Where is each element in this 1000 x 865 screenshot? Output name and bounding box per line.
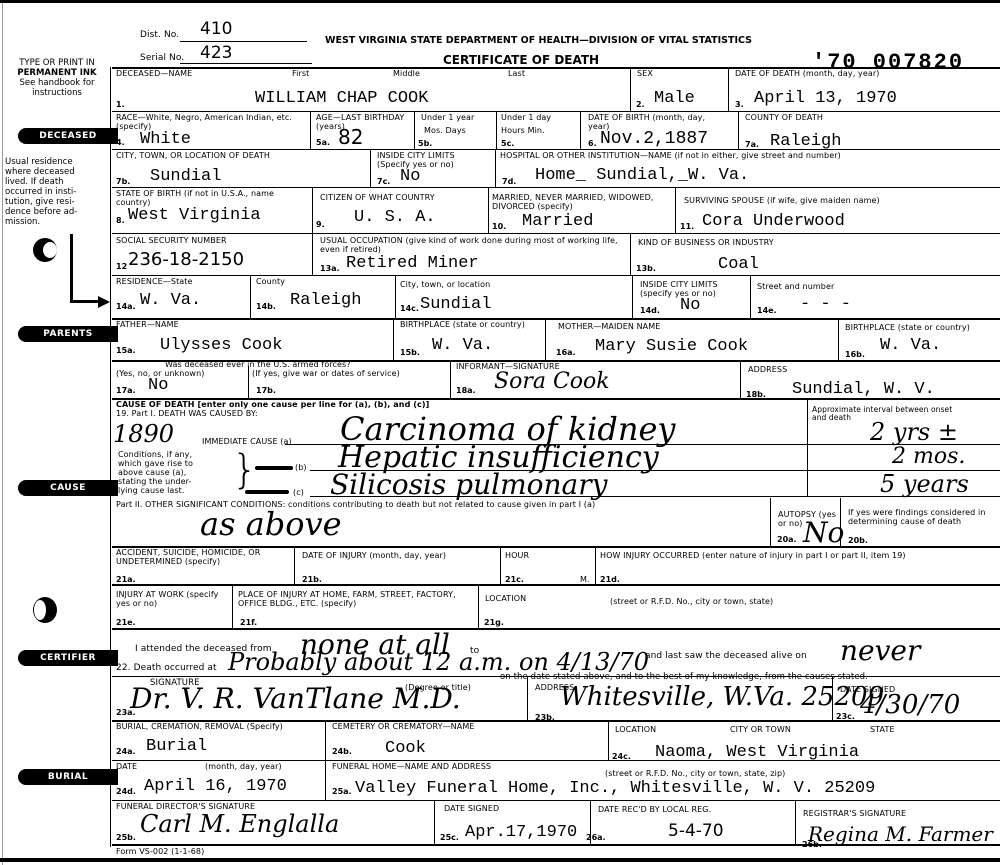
item-5a: 5a. (316, 138, 330, 147)
divider (232, 584, 233, 628)
label-injury-at-work: INJURY AT WORK (specify yes or no) (116, 590, 226, 608)
divider (807, 398, 808, 496)
item-14c: 14c. (400, 304, 419, 313)
item-14d: 14d. (640, 306, 660, 315)
label-sex: SEX (637, 69, 653, 78)
residence-arrow-line (70, 234, 73, 302)
informant-address: Sundial, W. V. (792, 381, 935, 399)
label-first: First (292, 69, 309, 78)
burial-method: Burial (146, 738, 207, 756)
item-8: 8. (116, 216, 125, 225)
inside-city-limits: No (400, 168, 420, 186)
item-7c: 7c. (377, 177, 390, 186)
divider (750, 275, 751, 318)
certifier-date-signed: 4/30/70 (860, 690, 960, 720)
item-21d: 21d. (600, 575, 620, 584)
item-21g: 21g. (484, 618, 504, 627)
ssn-value: 236-18-2150 (128, 251, 244, 269)
label-hospital: HOSPITAL OR OTHER INSTITUTION—NAME (if n… (500, 151, 841, 160)
form-bottom-border (112, 844, 1000, 846)
row-divider (112, 584, 1000, 586)
label-mother-birthplace: BIRTHPLACE (state or country) (845, 323, 995, 332)
section-tab-cause: CAUSE (18, 480, 118, 496)
item-11: 11. (680, 222, 694, 231)
item-18a: 18a. (456, 386, 476, 395)
label-city-or-town: CITY OR TOWN (730, 725, 791, 734)
divider (478, 584, 479, 628)
label-under-1-day: Under 1 day (501, 113, 551, 122)
label-date-signed-director: DATE SIGNED (444, 804, 499, 813)
label-death-occurred: 22. Death occurred at (116, 664, 217, 673)
item-17b: 17b. (256, 386, 276, 395)
divider (527, 676, 528, 720)
divider (488, 187, 489, 233)
deceased-name: WILLIAM CHAP COOK (255, 90, 428, 108)
date-of-death: April 13, 1970 (754, 90, 897, 108)
label-cause-b: (b) (295, 463, 307, 472)
label-age: AGE—LAST BIRTHDAY (years) (316, 113, 411, 131)
label-surviving-spouse: SURVIVING SPOUSE (if wife, give maiden n… (684, 196, 880, 205)
last-seen-value: never (840, 634, 920, 667)
redaction-mark (255, 466, 293, 470)
row-divider (112, 149, 1000, 150)
arrow-right-icon (98, 296, 110, 308)
cause-a-interval: 2 yrs ± (870, 418, 958, 446)
item-12: 12 (116, 262, 127, 271)
divider (580, 111, 581, 149)
divider (495, 149, 496, 187)
item-4: 4. (116, 138, 125, 147)
item-25a: 25a. (332, 787, 352, 796)
residence-note: Usual residence where deceased lived. If… (5, 157, 110, 227)
item-25c: 25c. (440, 833, 459, 842)
label-injury-location: LOCATION (485, 594, 526, 603)
label-county-of-death: COUNTY OF DEATH (745, 113, 823, 122)
row-divider (112, 800, 1000, 801)
item-15b: 15b. (400, 348, 420, 357)
funeral-home: Valley Funeral Home, Inc., Whitesville, … (355, 780, 875, 798)
dist-no-line (180, 41, 307, 42)
city-of-death: Sundial (150, 168, 221, 186)
item-14b: 14b. (256, 302, 276, 311)
sex-value: Male (654, 90, 695, 108)
label-race: RACE—White, Negro, American Indian, etc.… (116, 113, 306, 131)
certifier-address: Whitesville, W.Va. 25209 (560, 682, 884, 712)
punch-hole-icon (33, 238, 57, 262)
military-service: No (148, 377, 168, 395)
divider (496, 111, 497, 149)
top-border (0, 0, 1000, 3)
citizen-value: U. S. A. (354, 209, 436, 227)
label-last-seen: and last saw the deceased alive on (645, 652, 807, 661)
item-7a: 7a. (745, 140, 759, 149)
item-21f: 21f. (240, 618, 257, 627)
item-15a: 15a. (116, 346, 136, 355)
divider (248, 366, 249, 398)
director-signature: Carl M. Englalla (140, 810, 339, 838)
divider (325, 720, 326, 760)
label-state: STATE (870, 725, 895, 734)
divider (312, 187, 313, 233)
label-father-name: FATHER—NAME (116, 320, 179, 329)
mother-name: Mary Susie Cook (595, 338, 748, 356)
label-mos-days: Mos. Days (424, 126, 466, 135)
certifier-signature: Dr. V. R. VanTlane M.D. (130, 682, 461, 715)
label-burial-date-sub: (month, day, year) (205, 762, 282, 771)
divider (728, 67, 729, 111)
label-funeral-home: FUNERAL HOME—NAME AND ADDRESS (332, 762, 491, 771)
hour-suffix: M. (580, 575, 589, 584)
divider (832, 676, 833, 720)
certificate-title: CERTIFICATE OF DEATH (443, 53, 599, 67)
row-divider (112, 111, 1000, 112)
item-2: 2. (636, 100, 645, 109)
label-cemetery: CEMETERY OR CREMATORY—NAME (332, 722, 475, 731)
bottom-border (0, 858, 1000, 862)
item-21b: 21b. (302, 575, 322, 584)
label-mother-name: MOTHER—MAIDEN NAME (558, 322, 660, 331)
cause-code: 1890 (113, 420, 174, 448)
punch-hole-icon (33, 597, 57, 623)
label-burial-method: BURIAL, CREMATION, REMOVAL (Specify) (116, 722, 286, 731)
label-how-injury: HOW INJURY OCCURRED (enter nature of inj… (600, 551, 990, 560)
registrar-signature: Regina M. Farmer (808, 822, 993, 846)
divider (840, 498, 841, 546)
father-name: Ulysses Cook (160, 337, 282, 355)
divider (294, 546, 295, 584)
label-immediate-cause: IMMEDIATE CAUSE (a) (202, 437, 292, 446)
item-9: 9. (316, 220, 325, 229)
label-deceased-name: DECEASED—NAME (116, 69, 192, 78)
label-business: KIND OF BUSINESS OR INDUSTRY (638, 238, 774, 247)
item-5c: 5c. (501, 139, 514, 148)
cause-b-interval: 2 mos. (892, 444, 965, 469)
section-tab-deceased: DECEASED (18, 128, 118, 144)
item-7d: 7d. (502, 177, 516, 186)
section-tab-burial: BURIAL (18, 769, 118, 785)
item-6: 6. (588, 139, 597, 148)
label-date-received: DATE REC'D BY LOCAL REG. (598, 805, 711, 814)
label-injury-hour: HOUR (505, 551, 529, 560)
label-military-question: Was deceased ever in the U.S. armed forc… (165, 360, 351, 369)
label-citizen: CITIZEN OF WHAT COUNTRY (320, 193, 435, 202)
age-value: 82 (338, 128, 363, 146)
label-cause-c: (c) (293, 488, 304, 497)
autopsy-value: No (803, 516, 844, 549)
divider (310, 111, 311, 149)
item-24b: 24b. (332, 747, 352, 756)
item-24a: 24a. (116, 747, 136, 756)
label-registrar-signature: REGISTRAR'S SIGNATURE (803, 809, 906, 818)
label-occupation: USUAL OCCUPATION (give kind of work done… (320, 236, 620, 254)
row-divider (112, 187, 1000, 188)
item-17a: 17a. (116, 386, 136, 395)
section-divider (112, 318, 1000, 320)
label-middle: Middle (393, 69, 420, 78)
instructions-note: TYPE OR PRINT IN PERMANENT INK See handb… (8, 58, 106, 98)
divider (630, 67, 631, 111)
label-conditions-note: Conditions, if any, which gave rise to a… (118, 450, 193, 495)
label-cause-header: CAUSE OF DEATH [enter only one cause per… (116, 400, 429, 409)
business-value: Coal (718, 256, 759, 274)
cemetery-name: Cook (385, 740, 426, 758)
divider (312, 233, 313, 275)
item-7b: 7b. (116, 177, 130, 186)
row-divider (112, 275, 1000, 276)
cause-c-interval: 5 years (880, 470, 969, 498)
label-residence-county: County (256, 277, 285, 286)
divider (838, 318, 839, 360)
divider (393, 318, 394, 360)
serial-no-line (180, 63, 312, 64)
label-street: Street and number (757, 282, 834, 291)
divider (414, 111, 415, 149)
dist-no-label: Dist. No. (140, 31, 179, 40)
hospital-value: Home_ Sundial,_W. Va. (535, 167, 749, 185)
divider (370, 149, 371, 187)
part-2-conditions: as above (200, 505, 342, 543)
section-tab-parents: PARENTS (18, 326, 118, 342)
state-of-birth: West Virginia (128, 207, 261, 225)
date-of-birth: Nov.2,1887 (600, 130, 708, 148)
father-birthplace: W. Va. (432, 337, 493, 355)
label-ssn: SOCIAL SECURITY NUMBER (116, 236, 227, 245)
section-tab-certifier: CERTIFIER (18, 650, 118, 666)
label-father-birthplace: BIRTHPLACE (state or country) (400, 320, 540, 329)
divider (608, 720, 609, 760)
label-state-of-birth: STATE OF BIRTH (if not in U.S.A., name c… (116, 189, 306, 207)
row-divider (112, 760, 1000, 761)
divider (395, 275, 396, 318)
divider (500, 546, 501, 584)
divider (325, 760, 326, 800)
label-last: Last (508, 69, 525, 78)
divider (450, 360, 451, 398)
divider (632, 275, 633, 318)
residence-state: W. Va. (140, 292, 201, 310)
divider (740, 360, 741, 398)
agency-name: WEST VIRGINIA STATE DEPARTMENT OF HEALTH… (325, 35, 752, 46)
label-funeral-home-sub: (street or R.F.D. No., city or town, sta… (605, 769, 785, 778)
left-edge (2, 0, 3, 865)
serial-no: 423 (200, 44, 232, 62)
label-injury-place: PLACE OF INJURY AT HOME, FARM, STREET, F… (238, 590, 478, 608)
divider (770, 498, 771, 546)
item-14a: 14a. (116, 302, 136, 311)
serial-no-label: Serial No. (140, 54, 184, 63)
item-5b: 5b. (418, 139, 432, 148)
residence-street: - - - (800, 296, 851, 314)
item-16a: 16a. (556, 348, 576, 357)
item-20a: 20a. (777, 535, 797, 544)
brace-icon: } (232, 448, 257, 492)
item-14e: 14e. (757, 306, 777, 315)
label-military-war: (If yes, give war or dates of service) (252, 369, 400, 378)
date-received: 5-4-70 (668, 822, 724, 840)
item-21a: 21a. (116, 575, 136, 584)
occupation-value: Retired Miner (346, 255, 479, 273)
row-divider (112, 233, 1000, 234)
item-25b: 25b. (116, 833, 136, 842)
label-injury-location-sub: (street or R.F.D. No., city or town, sta… (610, 597, 773, 606)
row-divider (112, 676, 1000, 677)
director-date-signed: Apr.17,1970 (465, 824, 577, 842)
residence-inside-limits: No (680, 297, 700, 315)
informant-signature: Sora Cook (494, 369, 610, 394)
form-left-border (110, 67, 111, 847)
redaction-mark (245, 490, 289, 494)
item-16b: 16b. (845, 350, 865, 359)
label-informant-address: ADDRESS (748, 365, 787, 374)
item-20b: 20b. (848, 536, 868, 545)
label-burial-date: DATE (116, 762, 137, 771)
residence-arrow-line (70, 300, 100, 303)
divider (545, 318, 546, 360)
label-part-1: 19. Part I. DEATH WAS CAUSED BY: (116, 409, 258, 418)
item-3: 3. (735, 100, 744, 109)
item-13b: 13b. (636, 264, 656, 273)
dist-no: 410 (200, 20, 232, 38)
label-death-occurred-post: on the date stated above, and to the bes… (500, 673, 868, 682)
label-hours-min: Hours Min. (501, 126, 545, 135)
item-10: 10. (492, 222, 506, 231)
mother-birthplace: W. Va. (880, 337, 941, 355)
residence-county: Raleigh (290, 292, 361, 310)
label-inside-city-limits: INSIDE CITY LIMITS (Specify yes or no) (377, 151, 487, 169)
label-city-of-death: CITY, TOWN, OR LOCATION OF DEATH (116, 151, 270, 160)
divider (250, 275, 251, 318)
label-accident-type: ACCIDENT, SUICIDE, HOMICIDE, OR UNDETERM… (116, 548, 296, 566)
burial-date: April 16, 1970 (144, 778, 287, 796)
marital-status: Married (522, 213, 593, 231)
item-21c: 21c. (505, 575, 524, 584)
label-findings: If yes were findings considered in deter… (848, 508, 998, 526)
label-part-2: Part II. OTHER SIGNIFICANT CONDITIONS: c… (116, 500, 595, 509)
surviving-spouse: Cora Underwood (702, 213, 845, 231)
label-burial-location: LOCATION (615, 725, 656, 734)
cause-c: Silicosis pulmonary (330, 468, 607, 501)
divider (434, 800, 435, 844)
label-marital-status: MARRIED, NEVER MARRIED, WIDOWED, DIVORCE… (492, 193, 662, 211)
form-id: Form VS-002 (1-1-68) (116, 847, 204, 856)
label-injury-date: DATE OF INJURY (month, day, year) (302, 551, 446, 560)
divider (595, 546, 596, 584)
divider (795, 800, 796, 844)
race-value: White (140, 131, 191, 149)
divider (675, 187, 676, 233)
label-residence-city: City, town, or location (400, 280, 490, 289)
residence-city: Sundial (420, 296, 491, 314)
label-date-of-death: DATE OF DEATH (month, day, year) (735, 69, 879, 78)
section-divider (112, 628, 1000, 630)
divider (630, 233, 631, 275)
divider (738, 111, 739, 149)
item-21e: 21e. (116, 618, 136, 627)
item-24d: 24d. (116, 787, 136, 796)
item-26a: 26a. (586, 833, 606, 842)
label-residence-state: RESIDENCE—State (116, 277, 193, 286)
item-1: 1. (116, 100, 125, 109)
label-under-1-year: Under 1 year (421, 113, 474, 122)
item-13a: 13a. (320, 264, 340, 273)
